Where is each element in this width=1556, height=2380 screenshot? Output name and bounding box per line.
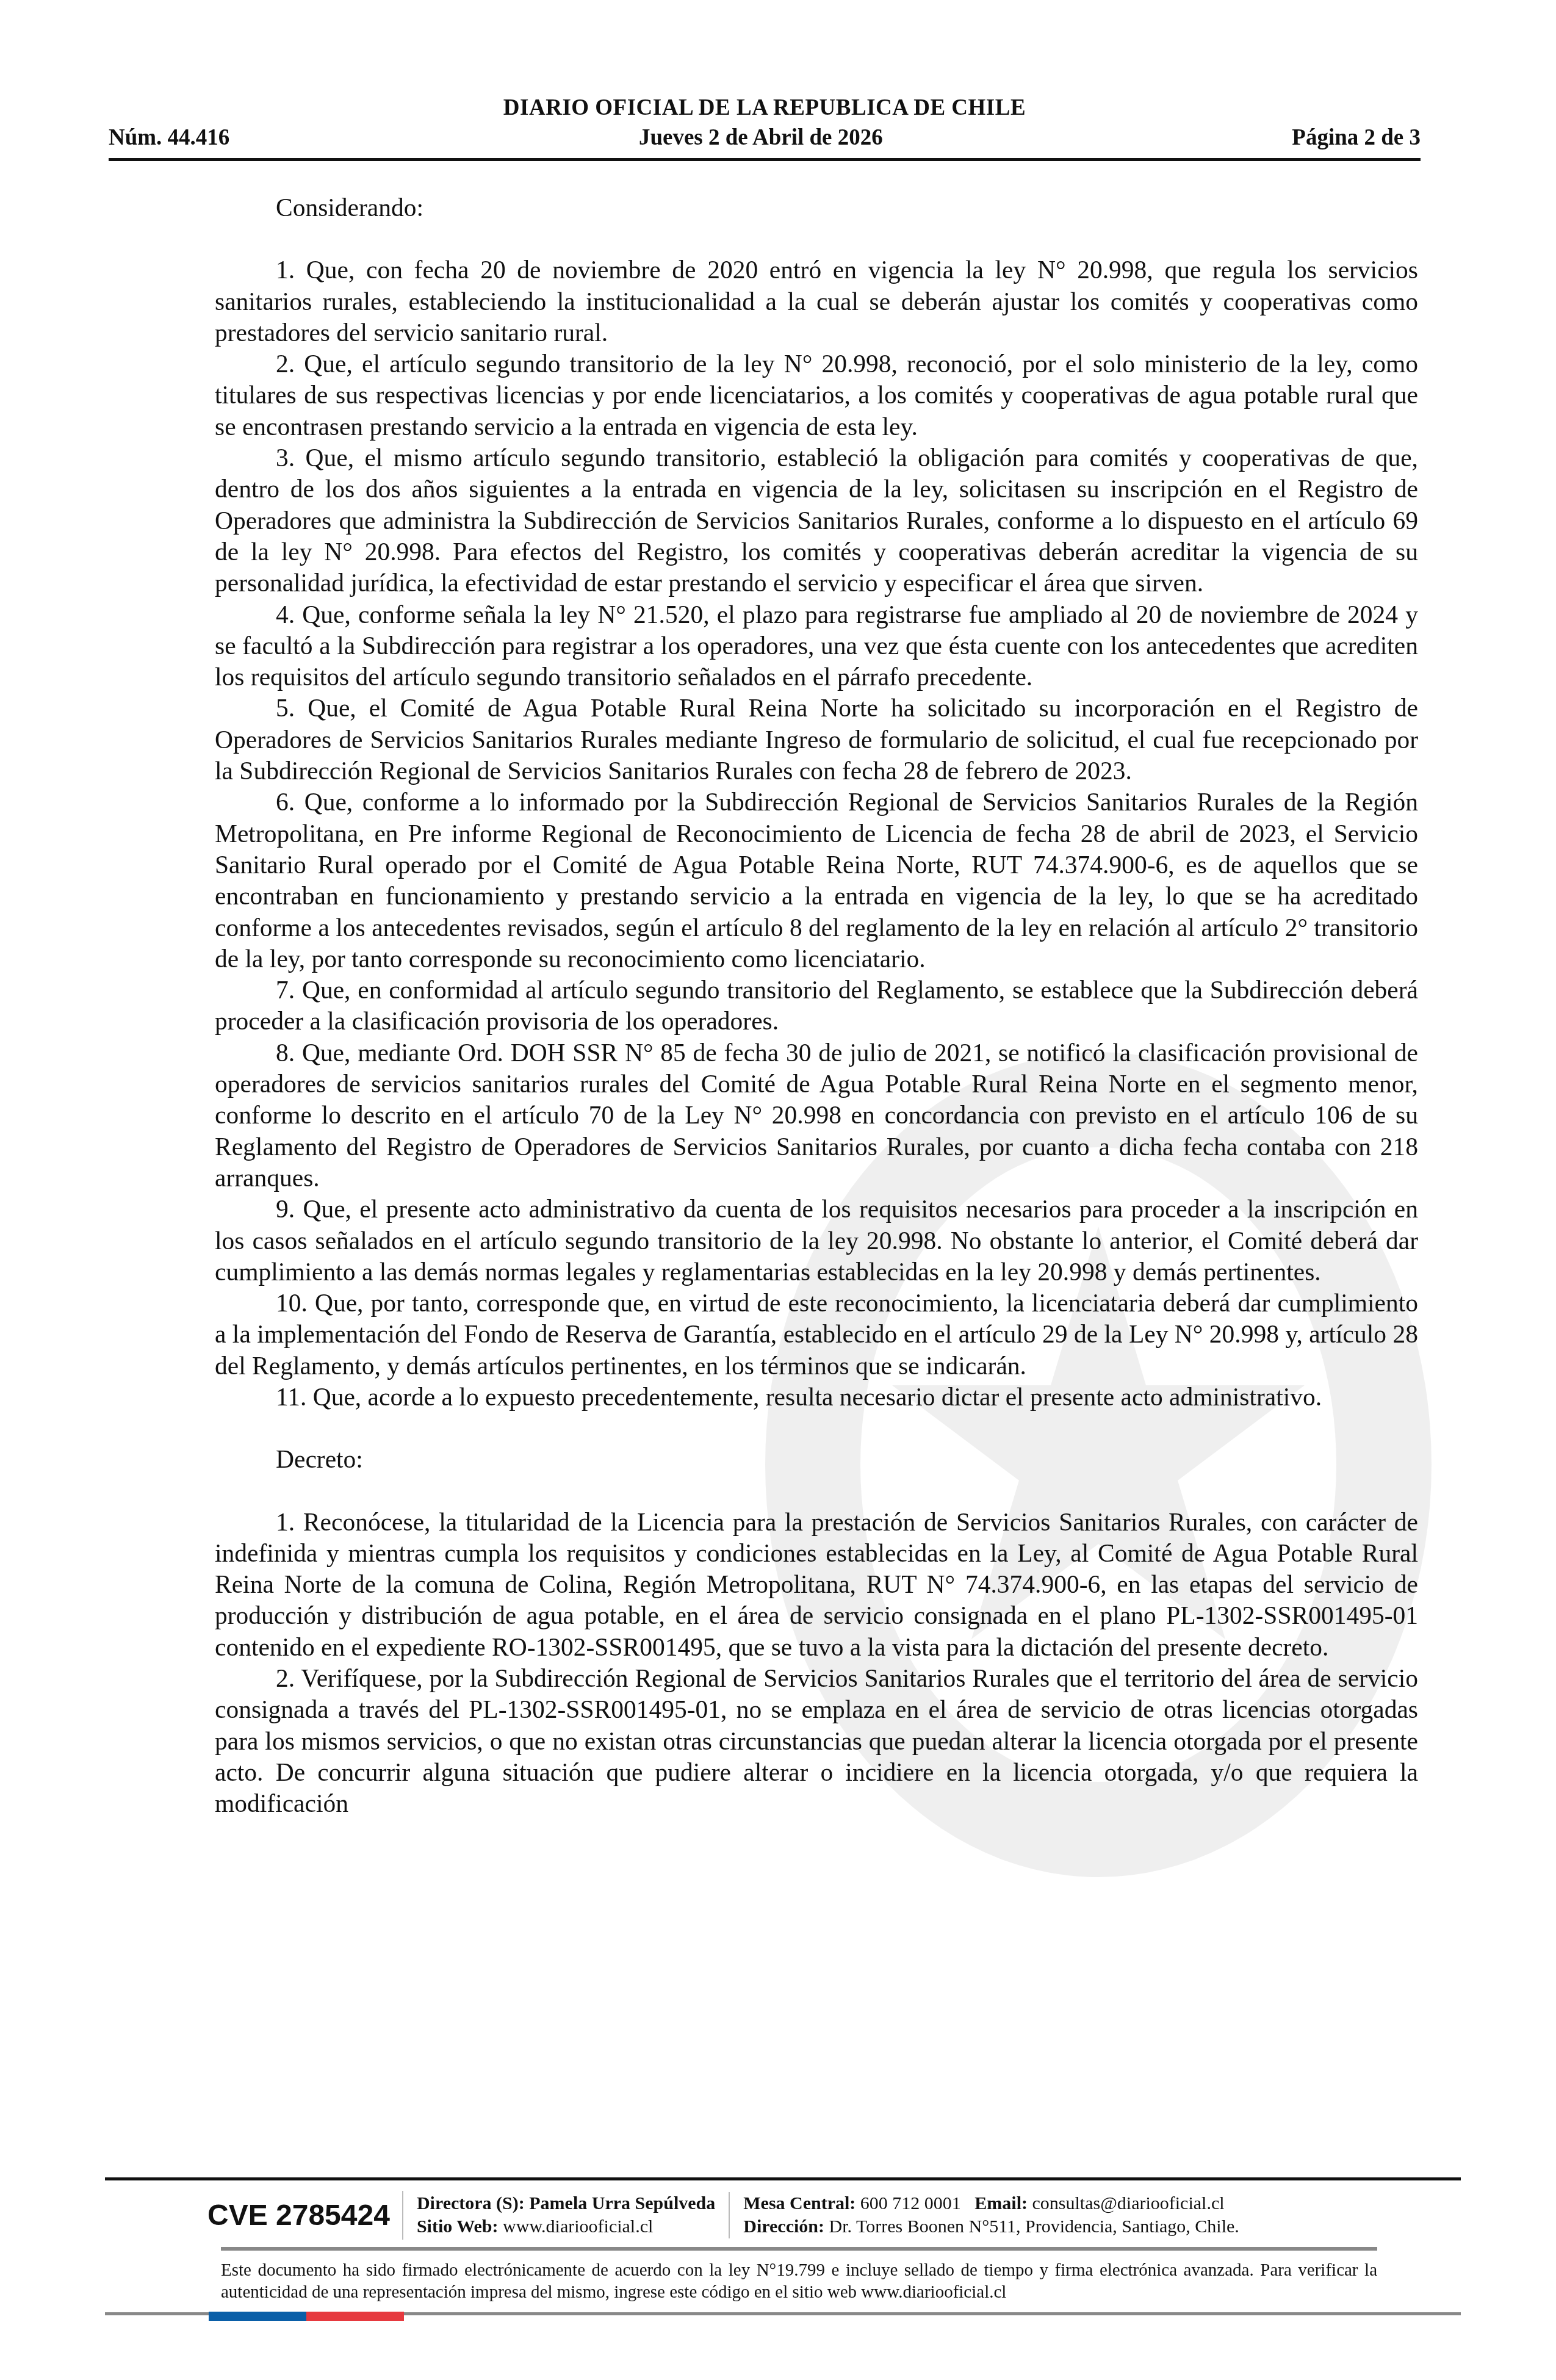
flag-blue-bar xyxy=(209,2312,306,2321)
decreto-item: 2. Verifíquese, por la Subdirección Regi… xyxy=(215,1663,1418,1819)
footer-divider xyxy=(105,2177,1461,2180)
considerando-item: 9. Que, el presente acto administrativo … xyxy=(215,1194,1418,1288)
flag-red-bar xyxy=(306,2312,404,2321)
considerando-item: 4. Que, conforme señala la ley N° 21.520… xyxy=(215,599,1418,693)
considerando-item: 11. Que, acorde a lo expuesto precedente… xyxy=(215,1382,1418,1413)
email-label: Email: xyxy=(974,2193,1028,2213)
director-name: Pamela Urra Sepúlveda xyxy=(529,2193,715,2213)
website-label: Sitio Web: xyxy=(417,2216,499,2237)
considerando-item: 3. Que, el mismo artículo segundo transi… xyxy=(215,442,1418,599)
considerando-heading: Considerando: xyxy=(215,192,1418,223)
director-label: Directora (S): xyxy=(417,2193,525,2213)
address: Dr. Torres Boonen N°511, Providencia, Sa… xyxy=(829,2216,1239,2237)
considerando-item: 10. Que, por tanto, corresponde que, en … xyxy=(215,1288,1418,1382)
issue-number: Núm. 44.416 xyxy=(109,124,229,151)
considerando-item: 2. Que, el artículo segundo transitorio … xyxy=(215,348,1418,442)
considerando-item: 1. Que, con fecha 20 de noviembre de 202… xyxy=(215,254,1418,348)
decreto-item: 1. Reconócese, la titularidad de la Lice… xyxy=(215,1507,1418,1663)
chile-flag-stripe xyxy=(209,2312,404,2321)
signature-note: Este documento ha sido firmado electróni… xyxy=(221,2259,1377,2303)
cve-code: CVE 2785424 xyxy=(207,2191,403,2240)
considerando-item: 5. Que, el Comité de Agua Potable Rural … xyxy=(215,693,1418,787)
footer-info: CVE 2785424 Directora (S): Pamela Urra S… xyxy=(207,2191,1253,2240)
considerando-item: 8. Que, mediante Ord. DOH SSR N° 85 de f… xyxy=(215,1037,1418,1194)
website-link[interactable]: www.diariooficial.cl xyxy=(503,2216,653,2237)
issue-date: Jueves 2 de Abril de 2026 xyxy=(639,124,883,151)
phone-number: 600 712 0001 xyxy=(860,2193,961,2213)
decreto-heading: Decreto: xyxy=(215,1444,1418,1475)
considerando-item: 7. Que, en conformidad al artículo segun… xyxy=(215,975,1418,1037)
header-divider xyxy=(109,158,1421,161)
email-link[interactable]: consultas@diariooficial.cl xyxy=(1032,2193,1225,2213)
footer-divider-mid xyxy=(221,2247,1377,2251)
phone-label: Mesa Central: xyxy=(743,2193,855,2213)
address-label: Dirección: xyxy=(743,2216,824,2237)
page-number: Página 2 de 3 xyxy=(1292,124,1421,151)
document-body: Considerando: 1. Que, con fecha 20 de no… xyxy=(215,192,1418,1820)
newspaper-title: DIARIO OFICIAL DE LA REPUBLICA DE CHILE xyxy=(109,95,1421,121)
considerando-item: 6. Que, conforme a lo informado por la S… xyxy=(215,787,1418,975)
page-header: DIARIO OFICIAL DE LA REPUBLICA DE CHILE … xyxy=(109,95,1421,161)
